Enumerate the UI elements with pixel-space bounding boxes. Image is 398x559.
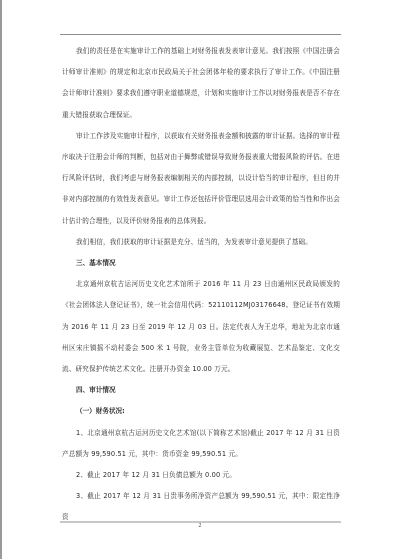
section-heading-basic-info: 三、基本情况 <box>62 253 340 274</box>
list-item-liabilities: 2、截止 2017 年 12 月 31 日负债总额为 0.00 元。 <box>62 465 340 486</box>
subheading-financial-status: （一）财务状况: <box>62 401 340 422</box>
paragraph-audit-evidence: 我们相信，我们获取的审计证据是充分、适当的，为发表审计意见提供了基础。 <box>62 232 340 253</box>
paragraph-basic-info: 北京通州京杭古运河历史文化艺术馆所于 2016 年 11 月 23 日由通州区民… <box>62 274 340 380</box>
section-heading-audit-status: 四、审计情况 <box>62 380 340 401</box>
list-item-assets: 1、北京通州京杭古运河历史文化艺术馆(以下简称艺术馆)截止 2017 年 12 … <box>62 423 340 465</box>
document-page: 我们的责任是在实施审计工作的基础上对财务报表发表审计意见。我们按照《中国注册会计… <box>0 0 398 559</box>
header-rule <box>60 34 341 35</box>
document-body: 我们的责任是在实施审计工作的基础上对财务报表发表审计意见。我们按照《中国注册会计… <box>62 41 340 529</box>
page-number: 2 <box>196 523 204 529</box>
paragraph-audit-procedures: 审计工作涉及实施审计程序，以获取有关财务报表金额和披露的审计证据。选择的审计程序… <box>62 126 340 232</box>
paragraph-responsibility: 我们的责任是在实施审计工作的基础上对财务报表发表审计意见。我们按照《中国注册会计… <box>62 41 340 126</box>
